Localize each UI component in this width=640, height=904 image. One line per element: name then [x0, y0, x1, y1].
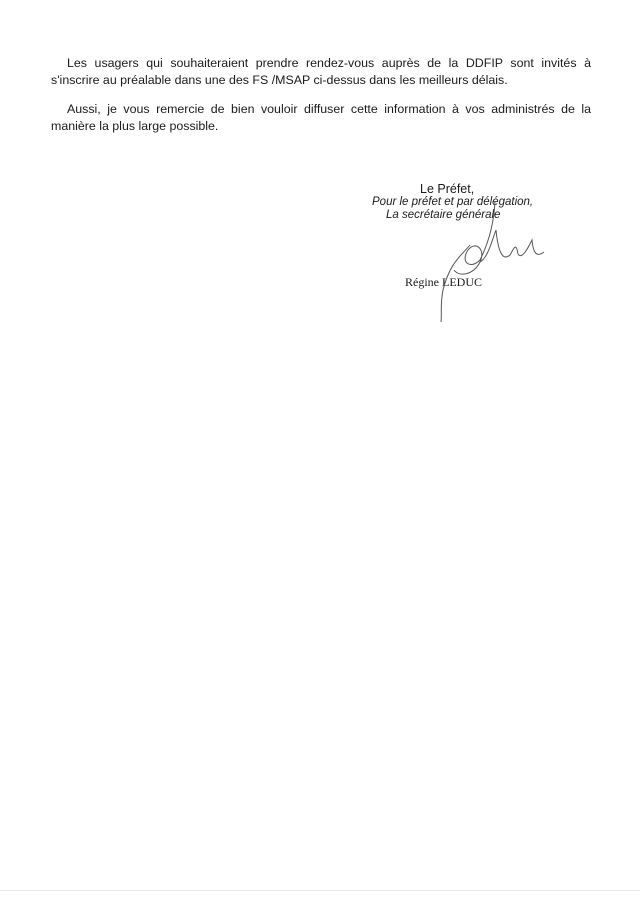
paragraph-appointment: Les usagers qui souhaiteraient prendre r…: [51, 55, 591, 89]
paragraph-diffusion: Aussi, je vous remercie de bien vouloir …: [51, 101, 591, 135]
signature-title: Le Préfet,: [420, 182, 474, 196]
paragraph-text: Aussi, je vous remercie de bien vouloir …: [51, 102, 591, 133]
handwritten-signature-icon: [410, 200, 550, 325]
paragraph-text: Les usagers qui souhaiteraient prendre r…: [51, 56, 591, 87]
page-edge: [0, 890, 640, 891]
